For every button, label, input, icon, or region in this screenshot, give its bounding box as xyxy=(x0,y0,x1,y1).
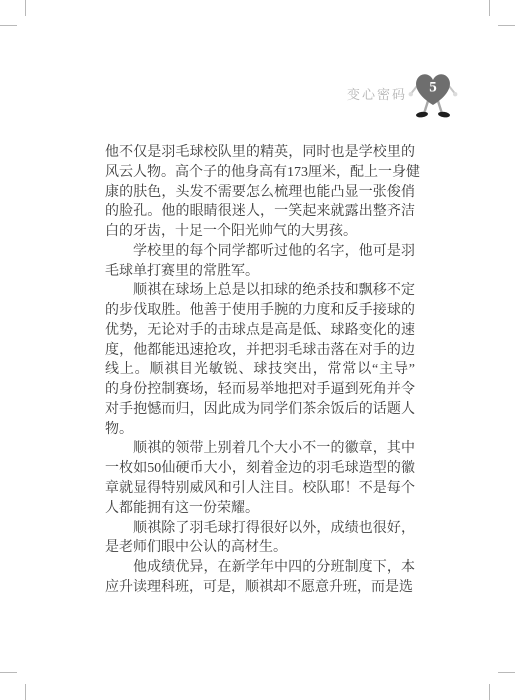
page-number: 5 xyxy=(429,80,437,96)
text-line: 顺祺在球场上总是以扣球的绝杀技和飘移不定 xyxy=(105,281,415,301)
text-line: 优势，无论对手的击球点是高是低、球路变化的速 xyxy=(105,321,415,341)
text-line: 是老师们眼中公认的高材生。 xyxy=(105,538,415,558)
running-header-title: 变心密码 xyxy=(347,84,407,103)
text-line: 白的牙齿，十足一个阳光帅气的大男孩。 xyxy=(105,222,415,242)
text-line: 对手抱憾而归，因此成为同学们茶余饭后的话题人 xyxy=(105,400,415,420)
text-line: 章就显得特别威风和引人注目。校队耶！不是每个 xyxy=(105,479,415,499)
text-line: 应升读理科班，可是，顺祺却不愿意升班，而是选 xyxy=(105,578,415,598)
page-body: 他不仅是羽毛球校队里的精英，同时也是学校里的风云人物。高个子的他身高有173厘米… xyxy=(105,143,415,598)
text-line: 毛球单打赛里的常胜军。 xyxy=(105,262,415,282)
text-line: 风云人物。高个子的他身高有173厘米，配上一身健 xyxy=(105,163,415,183)
text-line: 一枚如50仙硬币大小，刻着金边的羽毛球造型的徽 xyxy=(105,459,415,479)
crop-mark-top-left-horizontal xyxy=(0,25,17,26)
text-line: 的脸孔。他的眼睛很迷人，一笑起来就露出整齐洁 xyxy=(105,202,415,222)
text-line: 康的肤色，头发不需要怎么梳理也能凸显一张俊俏 xyxy=(105,183,415,203)
text-line: 人都能拥有这一份荣耀。 xyxy=(105,499,415,519)
text-line: 线上。顺祺目光敏锐、球技突出，常常以“主导” xyxy=(105,360,415,380)
crop-mark-bottom-left-vertical xyxy=(25,684,26,700)
text-line: 度，他都能迅速抢攻，并把羽毛球击落在对手的边 xyxy=(105,341,415,361)
text-line: 的步伐取胜。他善于使用手腕的力度和反手接球的 xyxy=(105,301,415,321)
text-line: 学校里的每个同学都听过他的名字，他可是羽 xyxy=(105,242,415,262)
text-line: 他成绩优异，在新学年中四的分班制度下，本 xyxy=(105,558,415,578)
text-line: 物。 xyxy=(105,420,415,440)
crop-mark-top-right-vertical xyxy=(489,0,490,16)
crop-mark-bottom-right-horizontal xyxy=(498,672,515,673)
crop-mark-top-left-vertical xyxy=(25,0,26,16)
text-line: 的身份控制赛场，轻而易举地把对手逼到死角并令 xyxy=(105,380,415,400)
book-page: 变心密码 5 他不仅是羽毛球校队里的精英，同时也是学校里的风云人物。高个子的他身… xyxy=(0,0,515,700)
text-line: 顺祺的领带上别着几个大小不一的徽章，其中 xyxy=(105,439,415,459)
text-line: 顺祺除了羽毛球打得很好以外，成绩也很好， xyxy=(105,519,415,539)
crop-mark-bottom-right-vertical xyxy=(489,684,490,700)
heart-mascot-icon: 5 xyxy=(407,66,459,122)
crop-mark-bottom-left-horizontal xyxy=(0,672,17,673)
text-line: 他不仅是羽毛球校队里的精英，同时也是学校里的 xyxy=(105,143,415,163)
crop-mark-top-right-horizontal xyxy=(498,25,515,26)
